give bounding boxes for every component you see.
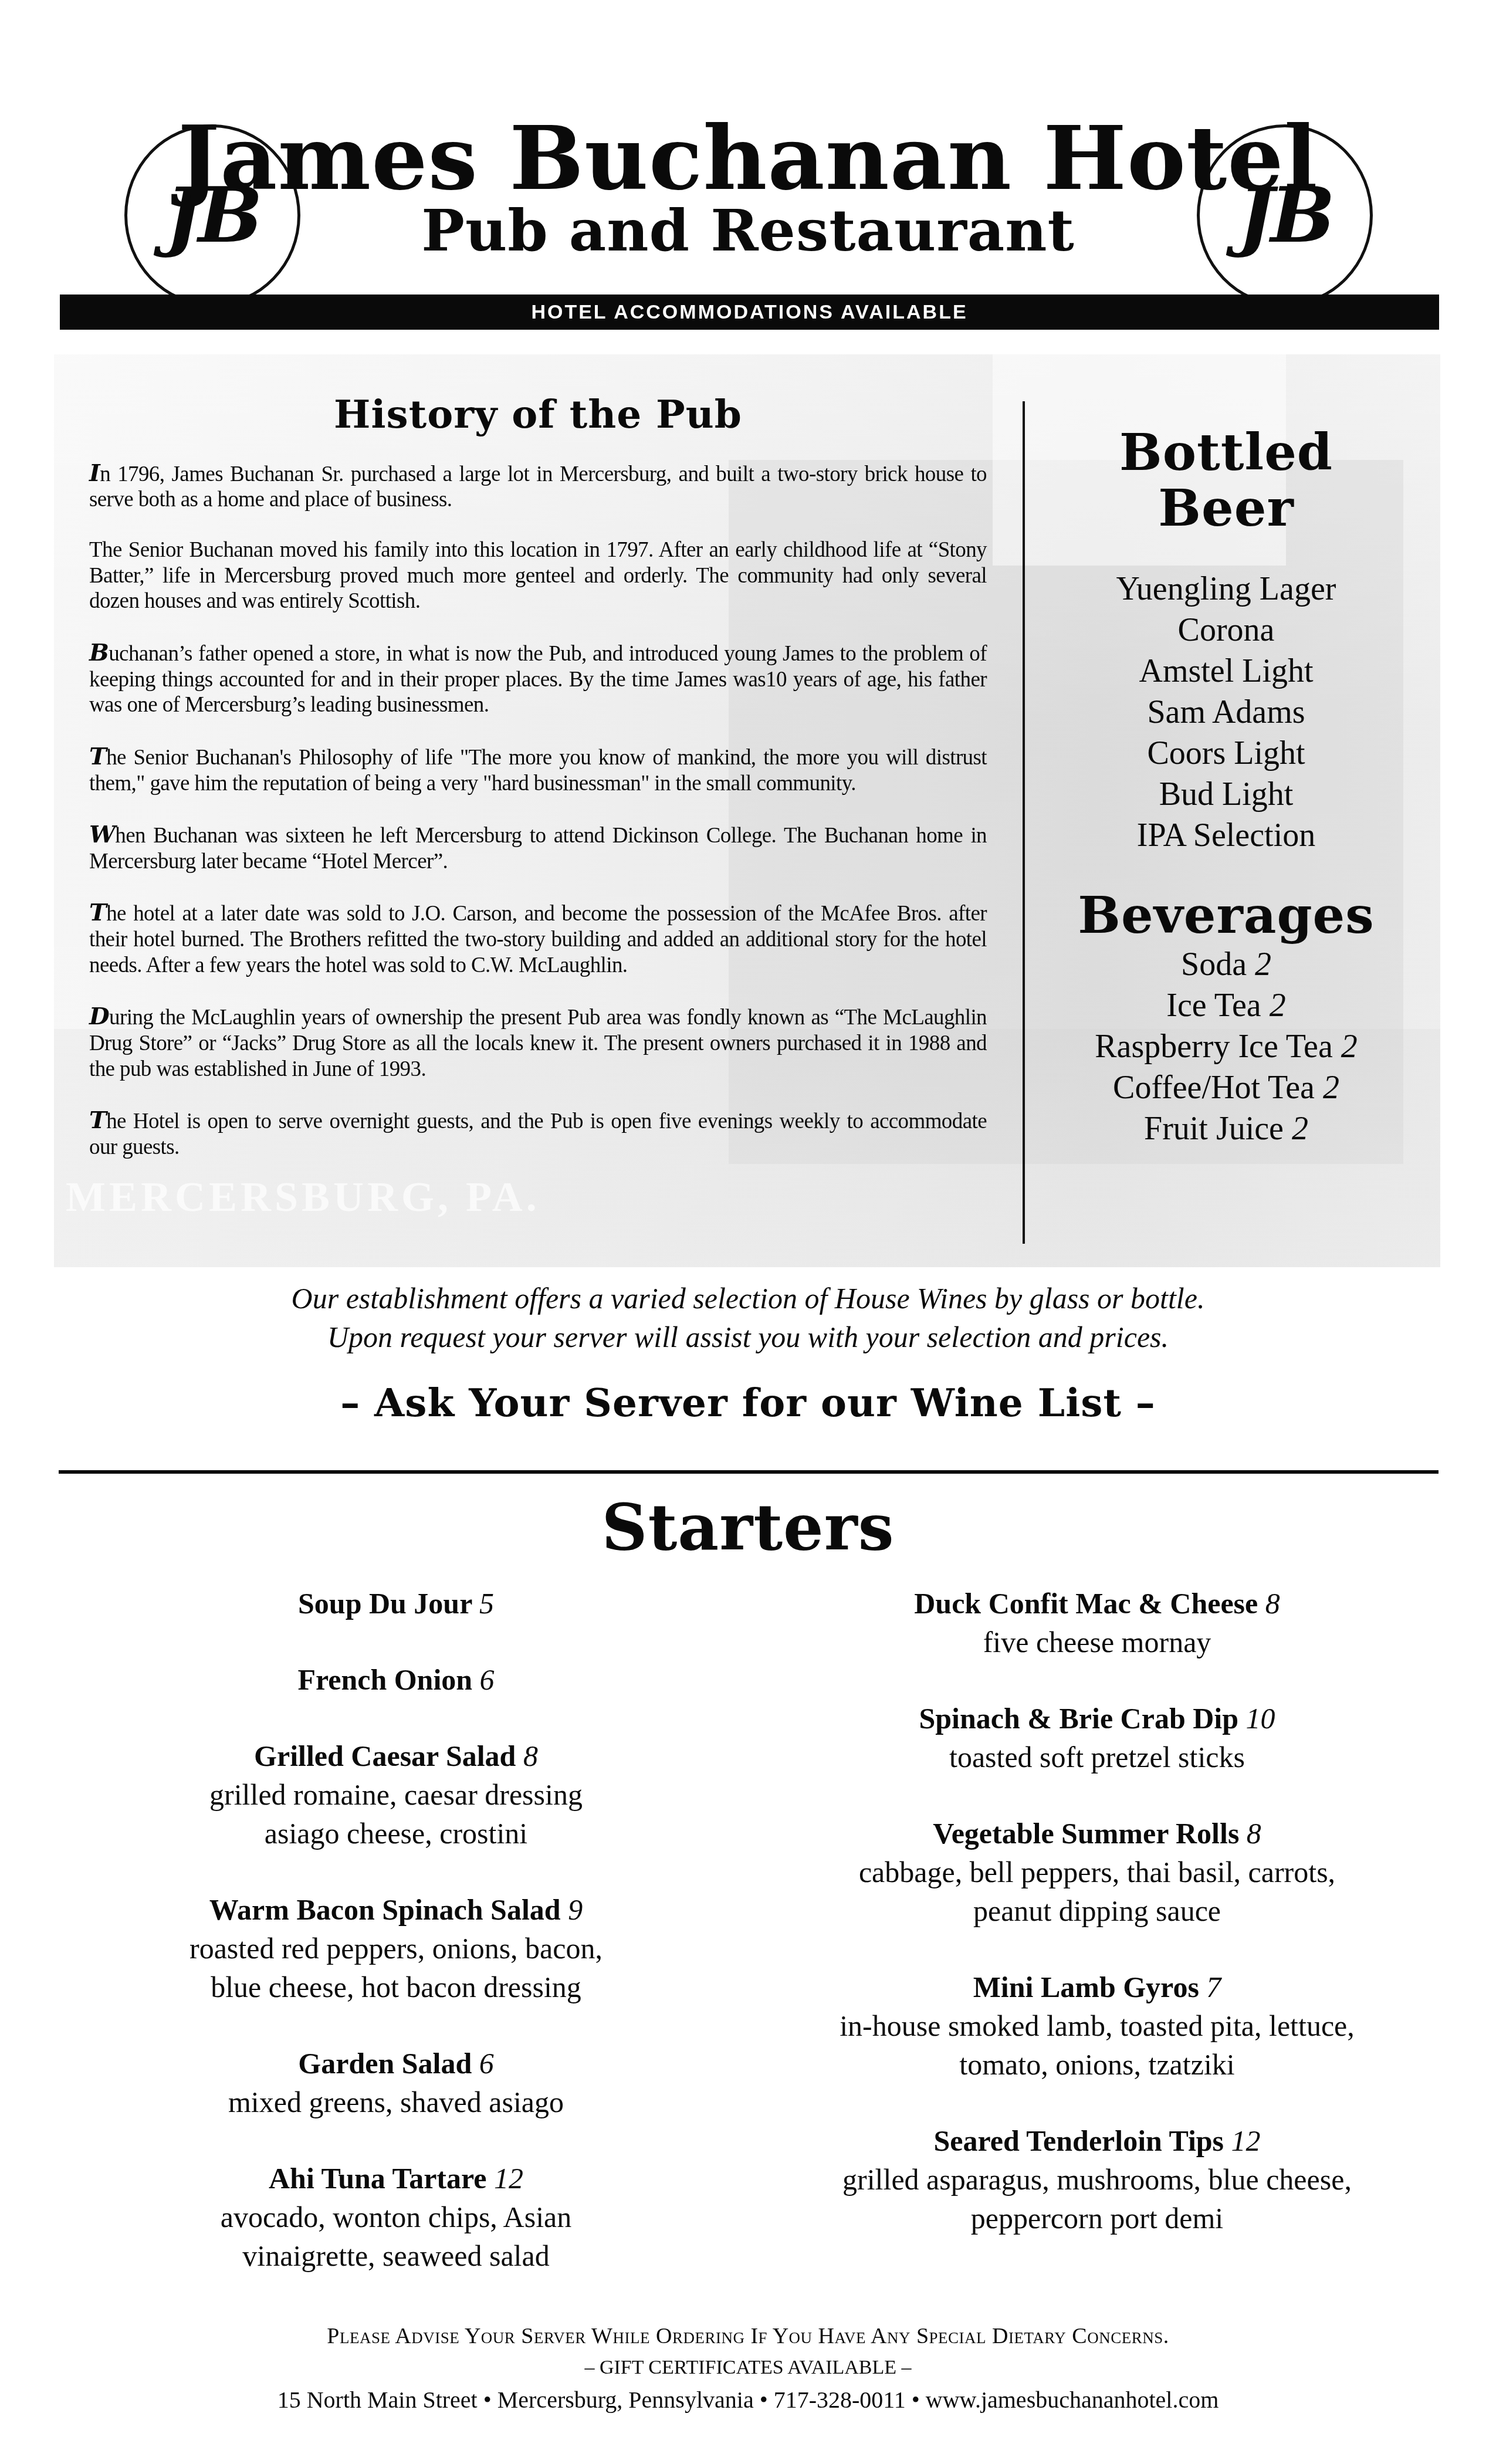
item-description: asiago cheese, crostini — [67, 1814, 725, 1853]
beverage-item: Fruit Juice 2 — [1044, 1108, 1408, 1149]
beverage-item: Coffee/Hot Tea 2 — [1044, 1067, 1408, 1108]
beer-item: Bud Light — [1044, 774, 1408, 815]
item-price: 9 — [568, 1893, 583, 1926]
menu-item: Seared Tenderloin Tips 12 grilled aspara… — [769, 2121, 1426, 2238]
contact-line: 15 North Main Street • Mercersburg, Penn… — [0, 2384, 1496, 2416]
menu-item: Mini Lamb Gyros 7 in-house smoked lamb, … — [769, 1968, 1426, 2084]
beer-item: Coors Light — [1044, 733, 1408, 774]
drinks-section: Bottled Beer Yuengling Lager Corona Amst… — [1044, 425, 1408, 1149]
item-description: mixed greens, shaved asiago — [67, 2083, 725, 2121]
item-description: in-house smoked lamb, toasted pita, lett… — [769, 2006, 1426, 2045]
item-price: 6 — [480, 1663, 495, 1696]
beverage-price: 2 — [1270, 987, 1286, 1024]
beverage-price: 2 — [1341, 1028, 1358, 1065]
history-paragraph: The hotel at a later date was sold to J.… — [89, 899, 987, 978]
starters-title: Starters — [0, 1493, 1496, 1563]
paragraph-text: uchanan’s father opened a store, in what… — [89, 642, 987, 717]
wine-list-prompt: – Ask Your Server for our Wine List – — [0, 1382, 1496, 1424]
item-name: Vegetable Summer Rolls — [933, 1817, 1239, 1850]
restaurant-subtitle: Pub and Restaurant — [0, 202, 1496, 260]
beverage-price: 2 — [1323, 1069, 1339, 1106]
item-description: blue cheese, hot bacon dressing — [67, 1968, 725, 2006]
accommodations-banner: HOTEL ACCOMMODATIONS AVAILABLE — [60, 295, 1439, 330]
item-price: 5 — [479, 1587, 494, 1620]
beverage-list: Soda 2 Ice Tea 2 Raspberry Ice Tea 2 Cof… — [1044, 944, 1408, 1149]
starters-left-column: Soup Du Jour 5 French Onion 6 Grilled Ca… — [67, 1584, 725, 2313]
beverages-title: Beverages — [1044, 888, 1408, 944]
wine-note: Our establishment offers a varied select… — [0, 1279, 1496, 1356]
beer-item: IPA Selection — [1044, 815, 1408, 856]
item-name: Duck Confit Mac & Cheese — [914, 1587, 1258, 1620]
footer: Please Advise Your Server While Ordering… — [0, 2320, 1496, 2416]
paragraph-text: he Senior Buchanan's Philosophy of life … — [89, 746, 987, 796]
item-price: 10 — [1246, 1702, 1275, 1735]
item-description: avocado, wonton chips, Asian — [67, 2198, 725, 2236]
item-name: Mini Lamb Gyros — [973, 1971, 1199, 2003]
item-description: grilled romaine, caesar dressing — [67, 1775, 725, 1814]
item-description: toasted soft pretzel sticks — [769, 1738, 1426, 1776]
paragraph-text: n 1796, James Buchanan Sr. purchased a l… — [89, 462, 987, 512]
item-name: Spinach & Brie Crab Dip — [919, 1702, 1238, 1735]
item-price: 6 — [479, 2047, 494, 2080]
item-name: Grilled Caesar Salad — [254, 1739, 516, 1772]
dropcap: W — [89, 821, 115, 848]
column-divider — [1023, 401, 1025, 1244]
dropcap: T — [89, 899, 106, 926]
menu-item: French Onion 6 — [67, 1660, 725, 1699]
beverage-name: Soda — [1181, 946, 1247, 983]
history-paragraph: In 1796, James Buchanan Sr. purchased a … — [89, 459, 987, 513]
beverage-item: Ice Tea 2 — [1044, 985, 1408, 1026]
dropcap: D — [89, 1003, 109, 1030]
beverage-item: Soda 2 — [1044, 944, 1408, 985]
item-description: peppercorn port demi — [769, 2199, 1426, 2238]
history-paragraph: The Hotel is open to serve overnight gue… — [89, 1106, 987, 1160]
item-price: 8 — [1247, 1817, 1261, 1850]
history-paragraph: Buchanan’s father opened a store, in wha… — [89, 639, 987, 718]
history-title: History of the Pub — [89, 393, 987, 436]
item-description: tomato, onions, tzatziki — [769, 2045, 1426, 2084]
menu-item: Spinach & Brie Crab Dip 10 toasted soft … — [769, 1699, 1426, 1776]
menu-item: Ahi Tuna Tartare 12 avocado, wonton chip… — [67, 2159, 725, 2275]
beer-item: Amstel Light — [1044, 651, 1408, 692]
wine-note-line: Upon request your server will assist you… — [0, 1318, 1496, 1356]
dropcap: B — [89, 639, 109, 666]
item-name: Warm Bacon Spinach Salad — [209, 1893, 561, 1926]
paragraph-text: he Hotel is open to serve overnight gues… — [89, 1109, 987, 1159]
dropcap: T — [89, 743, 106, 770]
item-description: grilled asparagus, mushrooms, blue chees… — [769, 2160, 1426, 2199]
menu-item: Vegetable Summer Rolls 8 cabbage, bell p… — [769, 1814, 1426, 1930]
paragraph-text: he hotel at a later date was sold to J.O… — [89, 902, 987, 977]
wine-note-line: Our establishment offers a varied select… — [0, 1279, 1496, 1318]
history-paragraph: When Buchanan was sixteen he left Mercer… — [89, 821, 987, 874]
item-description: five cheese mornay — [769, 1623, 1426, 1661]
dietary-notice: Please Advise Your Server While Ordering… — [0, 2320, 1496, 2352]
starters-right-column: Duck Confit Mac & Cheese 8 five cheese m… — [769, 1584, 1426, 2275]
item-description: roasted red peppers, onions, bacon, — [67, 1929, 725, 1968]
beverage-price: 2 — [1292, 1111, 1308, 1147]
menu-item: Warm Bacon Spinach Salad 9 roasted red p… — [67, 1890, 725, 2006]
dropcap: I — [89, 459, 100, 487]
item-description: peanut dipping sauce — [769, 1891, 1426, 1930]
beverage-name: Coffee/Hot Tea — [1113, 1069, 1315, 1106]
beverage-price: 2 — [1255, 946, 1271, 983]
item-name: Garden Salad — [298, 2047, 472, 2080]
section-rule — [59, 1470, 1439, 1474]
paragraph-text: hen Buchanan was sixteen he left Mercers… — [89, 824, 987, 874]
beer-list: Yuengling Lager Corona Amstel Light Sam … — [1044, 568, 1408, 856]
item-description: vinaigrette, seaweed salad — [67, 2236, 725, 2275]
item-description: cabbage, bell peppers, thai basil, carro… — [769, 1853, 1426, 1891]
paragraph-text: The Senior Buchanan moved his family int… — [89, 538, 987, 613]
item-price: 12 — [1231, 2124, 1261, 2157]
beverage-name: Raspberry Ice Tea — [1095, 1028, 1333, 1065]
history-paragraph: The Senior Buchanan's Philosophy of life… — [89, 743, 987, 796]
restaurant-title: James Buchanan Hotel — [0, 114, 1496, 202]
beverage-item: Raspberry Ice Tea 2 — [1044, 1026, 1408, 1067]
menu-item: Grilled Caesar Salad 8 grilled romaine, … — [67, 1737, 725, 1853]
menu-item: Garden Salad 6 mixed greens, shaved asia… — [67, 2044, 725, 2121]
item-name: Ahi Tuna Tartare — [269, 2162, 486, 2195]
beer-item: Corona — [1044, 610, 1408, 651]
beer-item: Sam Adams — [1044, 692, 1408, 733]
item-price: 12 — [494, 2162, 523, 2195]
item-name: Soup Du Jour — [298, 1587, 472, 1620]
history-section: History of the Pub In 1796, James Buchan… — [89, 393, 987, 1185]
item-name: Seared Tenderloin Tips — [933, 2124, 1224, 2157]
item-price: 8 — [523, 1739, 538, 1772]
beverage-name: Fruit Juice — [1144, 1111, 1284, 1147]
menu-item: Duck Confit Mac & Cheese 8 five cheese m… — [769, 1584, 1426, 1661]
item-price: 7 — [1206, 1971, 1221, 2003]
history-paragraph: The Senior Buchanan moved his family int… — [89, 537, 987, 614]
paragraph-text: uring the McLaughlin years of ownership … — [89, 1006, 987, 1081]
menu-item: Soup Du Jour 5 — [67, 1584, 725, 1623]
item-price: 8 — [1265, 1587, 1280, 1620]
beer-item: Yuengling Lager — [1044, 568, 1408, 610]
bottled-beer-title: Bottled Beer — [1044, 425, 1408, 536]
item-name: French Onion — [297, 1663, 472, 1696]
gift-certificates-note: – GIFT CERTIFICATES AVAILABLE – — [0, 2352, 1496, 2384]
beverage-name: Ice Tea — [1166, 987, 1261, 1024]
dropcap: T — [89, 1106, 106, 1134]
history-paragraph: During the McLaughlin years of ownership… — [89, 1003, 987, 1082]
